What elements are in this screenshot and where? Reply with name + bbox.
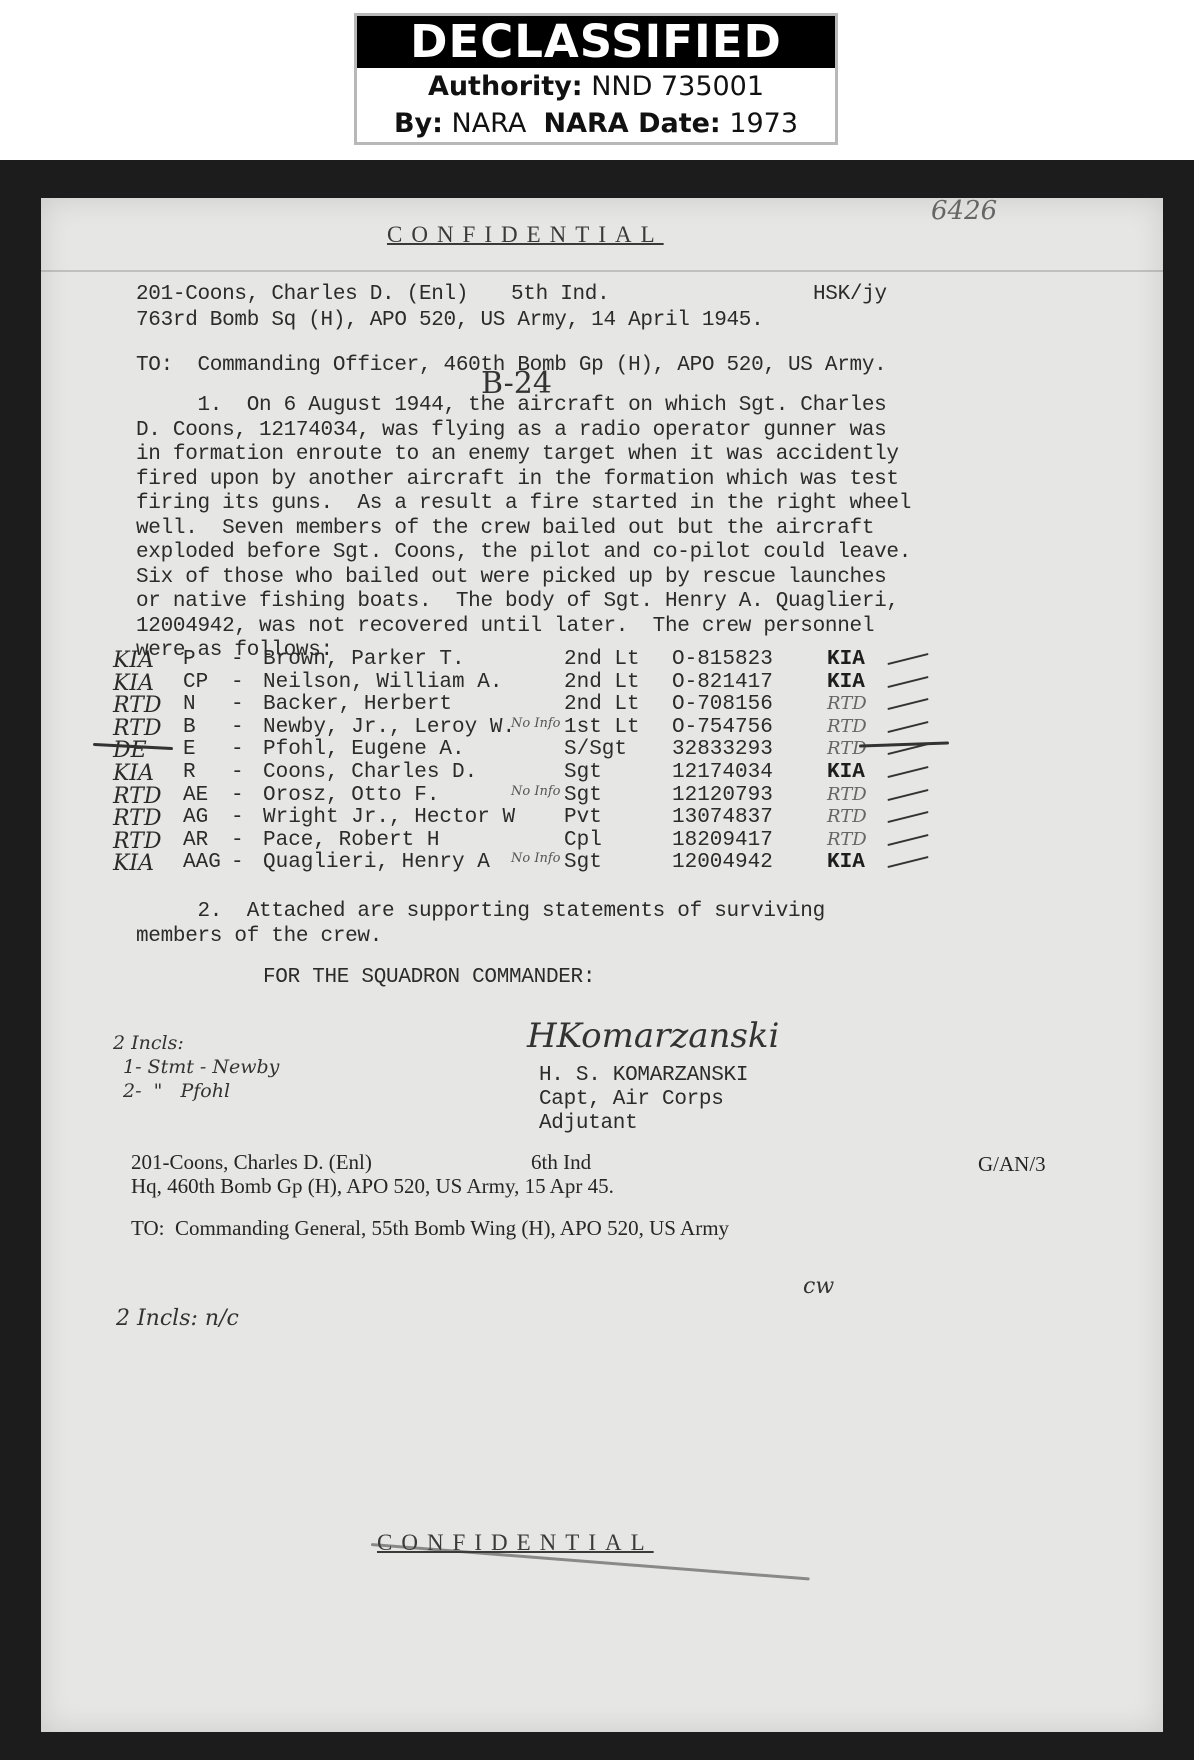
crew-row: KIAPBrown, Parker T.2nd LtO-815823KIA- — [41, 648, 1163, 672]
check-stroke — [887, 698, 928, 710]
crew-status: RTD — [827, 806, 867, 827]
crew-position: AG — [183, 806, 208, 829]
crew-position: E — [183, 738, 196, 761]
crew-status: RTD — [827, 738, 867, 759]
crew-serial: 18209417 — [672, 829, 773, 852]
crew-annotation-handwritten: DE — [113, 738, 147, 763]
sixth-ind-file-ref: 201-Coons, Charles D. (Enl) — [131, 1150, 372, 1175]
paragraph-line: fired upon by another aircraft in the fo… — [136, 468, 899, 493]
crew-position: B — [183, 716, 196, 739]
crew-annotation-handwritten: KIA — [113, 671, 154, 696]
check-stroke — [887, 721, 928, 733]
crew-position: CP — [183, 671, 208, 694]
crew-position: P — [183, 648, 196, 671]
crew-rank: 1st Lt — [564, 716, 640, 739]
signer-role: Adjutant — [539, 1112, 637, 1137]
check-stroke — [887, 789, 928, 801]
paragraph-line: members of the crew. — [136, 925, 382, 950]
stamp-authority: Authority: NND 735001 — [357, 68, 835, 105]
paragraph-line: D. Coons, 12174034, was flying as a radi… — [136, 419, 886, 444]
crew-name: Wright Jr., Hector W — [263, 806, 515, 829]
crew-rank: Sgt — [564, 784, 602, 807]
handwritten-enclosures-note: 2 Incls: n/c — [116, 1306, 239, 1331]
crew-note-handwritten: No Info — [511, 851, 560, 866]
handwritten-initials: cw — [803, 1274, 834, 1299]
paragraph-line: 12004942, was not recovered until later.… — [136, 615, 874, 640]
crew-separator: - — [231, 784, 244, 807]
check-stroke — [887, 653, 928, 665]
crew-name: Brown, Parker T. — [263, 648, 465, 671]
crew-row: RTDARPace, Robert HCpl18209417RTD- — [41, 829, 1163, 853]
paragraph-line: or native fishing boats. The body of Sgt… — [136, 590, 899, 615]
stamp-by: By: NARA NARA Date: 1973 — [357, 105, 835, 142]
crew-annotation-handwritten: RTD — [113, 784, 162, 809]
header-from-line: 763rd Bomb Sq (H), APO 520, US Army, 14 … — [136, 309, 763, 334]
crew-separator: - — [231, 648, 244, 671]
stamp-title: DECLASSIFIED — [357, 16, 835, 68]
crew-separator: - — [231, 806, 244, 829]
header-file-ref: 201-Coons, Charles D. (Enl) — [136, 283, 468, 308]
crew-status: KIA — [827, 761, 865, 784]
check-stroke — [887, 766, 928, 778]
sixth-ind-code: G/AN/3 — [978, 1152, 1046, 1177]
check-stroke — [887, 811, 928, 823]
classification-top: CONFIDENTIAL — [387, 222, 664, 248]
paragraph-line: 1. On 6 August 1944, the aircraft on whi… — [136, 394, 886, 419]
check-stroke — [887, 676, 928, 688]
page-number-handwritten: 6426 — [931, 196, 997, 226]
crew-rank: S/Sgt — [564, 738, 627, 761]
crew-row: RTDBNewby, Jr., Leroy W.1st LtO-754756RT… — [41, 716, 1163, 740]
paragraph-line: Six of those who bailed out were picked … — [136, 566, 886, 591]
crew-separator: - — [231, 829, 244, 852]
check-stroke — [887, 856, 928, 868]
crew-separator: - — [231, 671, 244, 694]
crew-name: Quaglieri, Henry A — [263, 851, 490, 874]
scanned-page: 6426 CONFIDENTIAL 201-Coons, Charles D. … — [0, 160, 1194, 1760]
crew-table: KIAPBrown, Parker T.2nd LtO-815823KIA-KI… — [41, 648, 1163, 898]
crew-serial: 13074837 — [672, 806, 773, 829]
crew-annotation-handwritten: RTD — [113, 716, 162, 741]
crew-position: AR — [183, 829, 208, 852]
paragraph-line: in formation enroute to an enemy target … — [136, 443, 899, 468]
crew-serial: O-708156 — [672, 693, 773, 716]
crew-status: RTD — [827, 784, 867, 805]
crew-row: RTDAGWright Jr., Hector WPvt13074837RTD- — [41, 806, 1163, 830]
crew-name: Orosz, Otto F. — [263, 784, 439, 807]
crew-rank: Sgt — [564, 761, 602, 784]
crew-name: Newby, Jr., Leroy W. — [263, 716, 515, 739]
crew-row: KIACPNeilson, William A.2nd LtO-821417KI… — [41, 671, 1163, 695]
crew-position: R — [183, 761, 196, 784]
crew-row: RTDAEOrosz, Otto F.Sgt12120793RTD-No Inf… — [41, 784, 1163, 808]
crew-separator: - — [231, 738, 244, 761]
crew-serial: 12174034 — [672, 761, 773, 784]
signer-name: H. S. KOMARZANSKI — [539, 1064, 748, 1089]
crew-status: KIA — [827, 671, 865, 694]
crew-rank: 2nd Lt — [564, 648, 640, 671]
crew-name: Neilson, William A. — [263, 671, 502, 694]
crew-annotation-handwritten: KIA — [113, 851, 154, 876]
crew-status: KIA — [827, 648, 865, 671]
crew-annotation-handwritten: RTD — [113, 806, 162, 831]
crew-name: Pace, Robert H — [263, 829, 439, 852]
document-paper: 6426 CONFIDENTIAL 201-Coons, Charles D. … — [41, 198, 1163, 1732]
crew-separator: - — [231, 693, 244, 716]
signoff: FOR THE SQUADRON COMMANDER: — [263, 966, 595, 991]
paragraph-line: well. Seven members of the crew bailed o… — [136, 517, 874, 542]
crew-rank: 2nd Lt — [564, 693, 640, 716]
crew-serial: O-815823 — [672, 648, 773, 671]
crew-rank: Pvt — [564, 806, 602, 829]
crew-name: Backer, Herbert — [263, 693, 452, 716]
crew-row: RTDNBacker, Herbert2nd LtO-708156RTD- — [41, 693, 1163, 717]
crew-position: AAG — [183, 851, 221, 874]
sixth-ind-to-line: TO: Commanding General, 55th Bomb Wing (… — [131, 1216, 729, 1241]
crew-annotation-handwritten: RTD — [113, 693, 162, 718]
enclosure-handwritten-3: 2- " Pfohl — [123, 1080, 230, 1102]
crew-name: Coons, Charles D. — [263, 761, 477, 784]
paragraph-line: exploded before Sgt. Coons, the pilot an… — [136, 541, 911, 566]
check-stroke — [887, 834, 928, 846]
crew-note-handwritten: No Info — [511, 716, 560, 731]
paragraph-line: firing its guns. As a result a fire star… — [136, 492, 911, 517]
crew-note-handwritten: No Info — [511, 784, 560, 799]
crew-separator: - — [231, 761, 244, 784]
crew-separator: - — [231, 716, 244, 739]
crew-rank: Cpl — [564, 829, 602, 852]
crew-annotation-handwritten: KIA — [113, 761, 154, 786]
crew-row: KIARCoons, Charles D.Sgt12174034KIA- — [41, 761, 1163, 785]
sixth-ind-indorsement: 6th Ind — [531, 1150, 591, 1175]
crew-serial: 32833293 — [672, 738, 773, 761]
crew-position: AE — [183, 784, 208, 807]
crew-rank: Sgt — [564, 851, 602, 874]
crew-name: Pfohl, Eugene A. — [263, 738, 465, 761]
crew-rank: 2nd Lt — [564, 671, 640, 694]
paragraph-line: 2. Attached are supporting statements of… — [136, 900, 825, 925]
fold-crease — [41, 270, 1163, 272]
enclosure-handwritten-2: 1- Stmt - Newby — [123, 1056, 279, 1078]
crew-status: RTD — [827, 693, 867, 714]
header-initials: HSK/jy — [813, 283, 887, 308]
crew-row: DEEPfohl, Eugene A.S/Sgt32833293RTD- — [41, 738, 1163, 762]
crew-annotation-handwritten: RTD — [113, 829, 162, 854]
crew-serial: 12004942 — [672, 851, 773, 874]
signer-title: Capt, Air Corps — [539, 1088, 724, 1113]
enclosure-handwritten-1: 2 Incls: — [113, 1032, 184, 1054]
crew-status: KIA — [827, 851, 865, 874]
crew-serial: O-821417 — [672, 671, 773, 694]
crew-annotation-handwritten: KIA — [113, 648, 154, 673]
crew-row: KIAAAGQuaglieri, Henry ASgt12004942KIA-N… — [41, 851, 1163, 875]
classification-bottom: CONFIDENTIAL — [377, 1530, 654, 1556]
crew-separator: - — [231, 851, 244, 874]
crew-serial: 12120793 — [672, 784, 773, 807]
crew-serial: O-754756 — [672, 716, 773, 739]
crew-status: RTD — [827, 829, 867, 850]
sixth-ind-from-line: Hq, 460th Bomb Gp (H), APO 520, US Army,… — [131, 1174, 614, 1199]
signature: HKomarzanski — [527, 1016, 779, 1056]
crew-position: N — [183, 693, 196, 716]
header-indorsement: 5th Ind. — [511, 283, 609, 308]
declassified-stamp: DECLASSIFIED Authority: NND 735001 By: N… — [354, 13, 838, 145]
crew-status: RTD — [827, 716, 867, 737]
